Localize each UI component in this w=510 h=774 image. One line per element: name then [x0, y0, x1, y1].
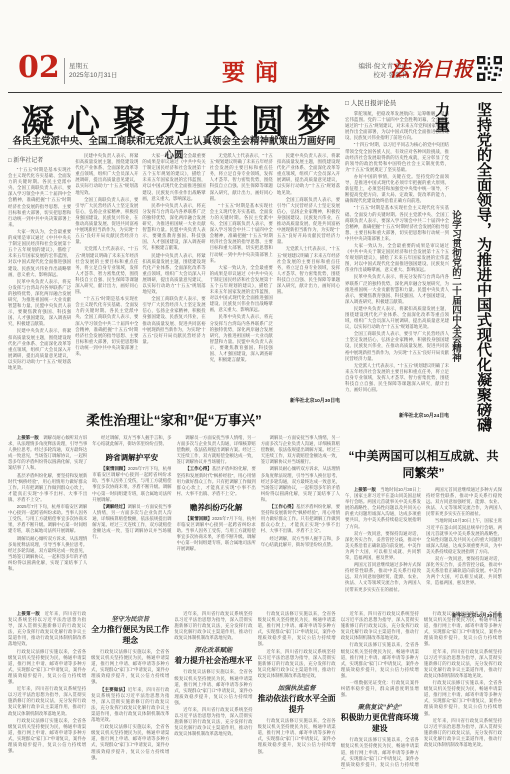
qr-code-icon: [477, 56, 502, 81]
review-article: 上接第一版 近年来，四川省行政复议系统坚持以习近平法治思想为指导，深入贯彻实施新…: [8, 611, 502, 769]
text-column: 无党派人士代表表示，“十五五”规划建议明确了未来五年经济社会发展的主要目标和重点…: [210, 153, 273, 404]
text-column: 坚守为民宗旨全力推行便民为民工作理念行政复议法修订实施以来，全省各级复议机关坚持…: [91, 611, 169, 769]
body-paragraph: 全国工商联负责人表示，要引导广大民营经济人士坚定发展信心，弘扬企业家精神，积极投…: [142, 296, 205, 345]
newspaper-page: 02 星期五 2025年10月31日 要闻 编辑·倪文青 李冰 校对·张胜利 法…: [0, 0, 510, 774]
body-paragraph: 无党派人士代表表示，“十五五”规划建议明确了未来五年经济社会发展的主要目标和重点…: [75, 246, 138, 295]
text-column: 近年来，四川省行政复议系统坚持以习近平法治思想为指导，深入贯彻实施新修订的行政复…: [341, 611, 419, 769]
column-title: 推动依法行政水平全面提升: [258, 693, 336, 715]
body-paragraph: 无党派人士代表表示，“十五五”规划建议明确了未来五年经济社会发展的主要目标和重点…: [277, 246, 340, 295]
column-subhead: 跨省调解护平安: [92, 452, 171, 463]
body-paragraph: 行政复议法修订实施以来，全省各级复议机关坚持便民为民，畅通申请渠道，推行网上申请…: [258, 718, 336, 755]
lead-rule: [8, 148, 340, 149]
body-paragraph: 全国工商联负责人表示，要引导广大民营经济人士坚定发展信心，弘扬企业家精神，积极投…: [75, 197, 138, 246]
body-paragraph: “十五五”时期是基本实现社会主义现代化夯实基础、全面发力的关键时期。各民主党派中…: [210, 203, 273, 264]
commentary-article: □ 人民日报评论员 掌舵领航，把稳改革发展航向；运筹帷幄，擘画宏伟蓝图。党的二十…: [345, 98, 502, 432]
body-paragraph: 【工作心得】基层矛盾纠纷化解，要坚持和发展新时代“枫桥经验”，用心用情用力做好群…: [261, 504, 340, 534]
china-us-body: 上接第一版 当地时间10月30日上午，国家主席习近平在釜山同美国总统举行会晤。两…: [345, 487, 502, 619]
body-paragraph: 行政复议法修订实施以来，全省各级复议机关坚持便民为民，畅通申请渠道，推行网上申请…: [174, 669, 252, 706]
body-paragraph: 民建中央负责人表示，将紧扣高质量发展主题，围绕建设现代化产业体系、全面深化改革等…: [142, 253, 205, 296]
mediation-article: 柔性治理让“家和”促“万事兴” 上接第一版 调解员耐心倾听双方诉求，从法理情多角…: [8, 407, 340, 604]
body-paragraph: 近年来，四川省行政复议系统坚持以习近平法治思想为指导，深入贯彻实施新修订的行政复…: [424, 649, 502, 679]
body-paragraph: 调解员一方面安抚当事人情绪，另一方面多次与企业负责人沟通，详细核算赔偿数额，依法…: [177, 435, 256, 465]
body-paragraph: 近年来，四川省行政复议系统坚持以习近平法治思想为指导，深入贯彻实施新修订的行政复…: [341, 611, 419, 641]
column-title: 积极助力更优营商环境建设: [341, 712, 419, 734]
mediation-body: 上接第一版 调解员耐心倾听双方诉求，从法理情多角度释法说理，引导当事人换位思考。…: [8, 435, 340, 605]
body-paragraph: 行政复议法修订实施以来，全省各级复议机关坚持便民为民，畅通申请渠道，推行网上申请…: [91, 724, 169, 761]
body-paragraph: 上接第一版 调解员耐心倾听双方诉求，从法理情多角度释法说理，引导当事人换位思考。…: [8, 435, 87, 472]
text-column: 上接第一版 当地时间10月30日上午，国家主席习近平在釜山同美国总统举行会晤。两…: [345, 487, 421, 619]
body-paragraph: “十五五”时期是基本实现社会主义现代化夯实基础、全面发力的关键时期。各民主党派中…: [8, 167, 71, 228]
lead-article-body: □ 新华社记者“十五五”时期是基本实现社会主义现代化夯实基础、全面发力的关键时期…: [8, 153, 340, 404]
body-paragraph: 民建中央负责人表示，将紧扣高质量发展主题，围绕建设现代化产业体系、全面深化改革等…: [277, 153, 340, 196]
china-us-article: “中美两国可以相互成就、共同繁荣” 上接第一版 当地时间10月30日上午，国家主…: [345, 447, 502, 604]
body-paragraph: 大家一致认为，全会最重要的成果是审议通过《中共中央关于制定国民经济和社会发展第十…: [142, 153, 205, 202]
body-paragraph: 经过调解，双方当事人握手言和，多年心结就此解开，街坊邻里纷纷点赞。: [92, 435, 171, 447]
body-paragraph: 无党派人士代表表示，“十五五”规划建议明确了未来五年经济社会发展的主要目标和重点…: [210, 153, 273, 202]
text-column: 民建中央负责人表示，将紧扣高质量发展主题，围绕建设现代化产业体系、全面深化改革等…: [75, 153, 138, 404]
body-paragraph: 大家一致认为，全会最重要的成果是审议通过《中共中央关于制定国民经济和社会发展第十…: [8, 229, 71, 278]
text-column: 近年来，四川省行政复议系统坚持以习近平法治思想为指导，深入贯彻实施新修订的行政复…: [174, 611, 252, 769]
text-column: 行政复议法修订实施以来，全省各级复议机关坚持便民为民，畅通申请渠道，推行网上申请…: [258, 611, 336, 769]
text-column: 上接第一版 调解员耐心倾听双方诉求，从法理情多角度释法说理，引导当事人换位思考。…: [8, 435, 87, 605]
header-rule: [8, 92, 502, 93]
body-paragraph: 2025年7月下旬，杭州市临安区调解中心接到一起跨省纠纷求助。当事人因务工受伤，…: [8, 504, 87, 534]
page-header: 02 星期五 2025年10月31日 要闻 编辑·倪文青 李冰 校对·张胜利 法…: [8, 56, 502, 92]
body-paragraph: 近年来，四川省行政复议系统坚持以习近平法治思想为指导，深入贯彻实施新修订的行政复…: [258, 649, 336, 679]
column-subhead: 赡养纠纷巧化解: [177, 502, 256, 513]
text-column: 经过调解，双方当事人握手言和，多年心结就此解开，街坊邻里纷纷点赞。跨省调解护平安…: [92, 435, 171, 605]
body-paragraph: 全国工商联负责人表示，要引导广大民营经济人士坚定发展信心，弘扬企业家精神，积极投…: [277, 197, 340, 246]
text-column: 上接第一版 近年来，四川省行政复议系统坚持以习近平法治思想为指导，深入贯彻实施新…: [8, 611, 86, 769]
column-title: 全力推行便民为民工作理念: [91, 624, 169, 646]
body-paragraph: 调解员一方面安抚当事人情绪，另一方面多次与企业负责人沟通，详细核算赔偿数额，依法…: [261, 435, 340, 465]
dateline: 新华社北京10月30日电: [277, 397, 340, 404]
body-paragraph: 双方一致同意，要保持沟通对话，深化务实合作，妥善管控分歧，推动中美关系沿着正确轨…: [345, 531, 421, 561]
text-column: 大家一致认为，全会最重要的成果是审议通过《中共中央关于制定国民经济和社会发展第十…: [142, 153, 205, 404]
body-paragraph: 行政复议法修订实施以来，全省各级复议机关坚持便民为民，畅通申请渠道，推行网上申请…: [424, 611, 502, 648]
text-column: □ 新华社记者“十五五”时期是基本实现社会主义现代化夯实基础、全面发力的关键时期…: [8, 153, 71, 404]
body-paragraph: 民革中央负责人表示，将充分发挥与台湾岛内各界联系广泛的独特优势，深化两岸融合发展…: [210, 314, 273, 363]
column-kicker: 聚焦复议“护企”: [341, 702, 419, 711]
text-column: 行政复议法修订实施以来，全省各级复议机关坚持便民为民，畅通申请渠道，推行网上申请…: [424, 611, 502, 769]
body-paragraph: 行政复议法修订实施以来，全省各级复议机关坚持便民为民，畅通申请渠道，推行网上申请…: [424, 680, 502, 717]
body-paragraph: 【案情回顾】2025年7月下旬，杭州市临安区调解中心接到一起跨省纠纷求助。当事人…: [92, 466, 171, 503]
body-paragraph: 基层矛盾纠纷化解，要坚持和发展新时代“枫桥经验”，用心用情用力做好群众工作。只有…: [8, 473, 87, 503]
body-paragraph: 行政复议法修订实施以来，全省各级复议机关坚持便民为民，畅通申请渠道，推行网上申请…: [341, 642, 419, 679]
review-article-body: 上接第一版 近年来，四川省行政复议系统坚持以习近平法治思想为指导，深入贯彻实施新…: [8, 611, 502, 769]
body-paragraph: 民革中央负责人表示，将充分发挥与台湾岛内各界联系广泛的独特优势，深化两岸融合发展…: [8, 279, 71, 328]
text-column: 调解员一方面安抚当事人情绪，另一方面多次与企业负责人沟通，详细核算赔偿数额，依法…: [261, 435, 340, 605]
text-column: 两国元首同意继续通过多种方式保持经常性联系，推动中美关系行稳致远。双方同意加强经…: [426, 487, 502, 619]
body-paragraph: 近年来，四川省行政复议系统坚持以习近平法治思想为指导，深入贯彻实施新修订的行政复…: [174, 611, 252, 641]
body-paragraph: 行政复议法修订实施以来，全省各级复议机关坚持便民为民，畅通申请渠道，推行网上申请…: [341, 737, 419, 769]
masthead-logo: 法治日报: [390, 53, 474, 82]
body-paragraph: 近年来，四川省行政复议系统坚持以习近平法治思想为指导，深入贯彻实施新修订的行政复…: [424, 718, 502, 748]
column-title: 着力提升社会治理水平: [174, 655, 252, 666]
body-paragraph: 上接第一版 近年来，四川省行政复议系统坚持以习近平法治思想为指导，深入贯彻实施新…: [8, 611, 86, 648]
body-paragraph: 双方一致同意，要保持沟通对话，深化务实合作，妥善管控分歧，推动中美关系沿着正确轨…: [426, 556, 502, 586]
mediation-headline: 柔性治理让“家和”促“万事兴”: [8, 409, 340, 429]
body-paragraph: 近年来，四川省行政复议系统坚持以习近平法治思想为指导，深入贯彻实施新修订的行政复…: [8, 686, 86, 716]
body-paragraph: 【调解经过】调解员一方面安抚当事人情绪，另一方面多次与企业负责人沟通，详细核算赔…: [92, 504, 171, 541]
body-paragraph: 两国元首同意继续通过多种方式保持经常性联系，推动中美关系行稳致远。双方同意加强经…: [345, 562, 421, 592]
column-kicker: 深化改革赋能: [174, 645, 252, 654]
body-paragraph: 行政复议法修订实施以来，全省各级复议机关坚持便民为民，畅通申请渠道，推行网上申请…: [8, 649, 86, 686]
body-paragraph: 【主要做法】近年来，四川省行政复议系统坚持以习近平法治思想为指导，深入贯彻实施新…: [91, 687, 169, 724]
body-paragraph: 两国元首同意继续通过多种方式保持经常性联系，推动中美关系行稳致远。双方同意加强经…: [426, 487, 502, 517]
column-kicker: 坚守为民宗旨: [91, 614, 169, 623]
commentary-vertical-headline: 坚持党的全面领导，为推进中国式现代化凝聚磅礴力量: [420, 102, 504, 432]
china-us-headline: “中美两国可以相互成就、共同繁荣”: [345, 447, 502, 481]
body-paragraph: 调解员耐心倾听双方诉求，从法理情多角度释法说理，引导当事人换位思考。经过多轮沟通…: [8, 536, 87, 573]
body-paragraph: 经过调解，双方当事人握手言和，多年心结就此解开，街坊邻里纷纷点赞。: [261, 536, 340, 548]
body-paragraph: 行政复议法修订实施以来，全省各级复议机关坚持便民为民，畅通申请渠道，推行网上申请…: [258, 611, 336, 648]
body-paragraph: 调解员耐心倾听双方诉求，从法理情多角度释法说理，引导当事人换位思考。经过多轮沟通…: [261, 466, 340, 503]
body-paragraph: 近年来，四川省行政复议系统坚持以习近平法治思想为指导，深入贯彻实施新修订的行政复…: [174, 707, 252, 737]
body-paragraph: 大家一致认为，全会最重要的成果是审议通过《中共中央关于制定国民经济和社会发展第十…: [210, 265, 273, 314]
body-paragraph: 民建中央负责人表示，将紧扣高质量发展主题，围绕建设现代化产业体系、全面深化改革等…: [75, 153, 138, 196]
body-paragraph: 民建中央负责人表示，将紧扣高质量发展主题，围绕建设现代化产业体系、全面深化改革等…: [8, 328, 71, 371]
body-paragraph: 【案情回顾】2025年7月下旬，杭州市临安区调解中心接到一起跨省纠纷求助。当事人…: [177, 516, 256, 553]
column-kicker: 加强执法监督: [258, 683, 336, 692]
body-paragraph: 行政复议法修订实施以来，全省各级复议机关坚持便民为民，畅通申请渠道，推行网上申请…: [91, 649, 169, 686]
body-paragraph: 【工作心得】基层矛盾纠纷化解，要坚持和发展新时代“枫桥经验”，用心用情用力做好群…: [177, 466, 256, 496]
body-paragraph: 行政复议法修订实施以来，全省各级复议机关坚持便民为民，畅通申请渠道，推行网上申请…: [8, 718, 86, 755]
body-paragraph: 一组数据见证变化：行政复议案件纠错率稳步提升，群众满意度明显增强。: [341, 680, 419, 698]
body-paragraph: “十五五”时期是基本实现社会主义现代化夯实基础、全面发力的关键时期。各民主党派中…: [75, 296, 138, 357]
body-paragraph: 民革中央负责人表示，将充分发挥与台湾岛内各界联系广泛的独特优势，深化两岸融合发展…: [142, 203, 205, 252]
body-paragraph: 上接第一版 当地时间10月30日上午，国家主席习近平在釜山同美国总统举行会晤。两…: [345, 487, 421, 530]
text-column: 民建中央负责人表示，将紧扣高质量发展主题，围绕建设现代化产业体系、全面深化改革等…: [277, 153, 340, 404]
text-column: 调解员一方面安抚当事人情绪，另一方面多次与企业负责人沟通，详细核算赔偿数额，依法…: [177, 435, 256, 605]
byline: □ 新华社记者: [8, 155, 71, 164]
body-paragraph: 当地时间10月30日上午，国家主席习近平在釜山同美国总统举行会晤。两国元首就事关…: [426, 518, 502, 555]
